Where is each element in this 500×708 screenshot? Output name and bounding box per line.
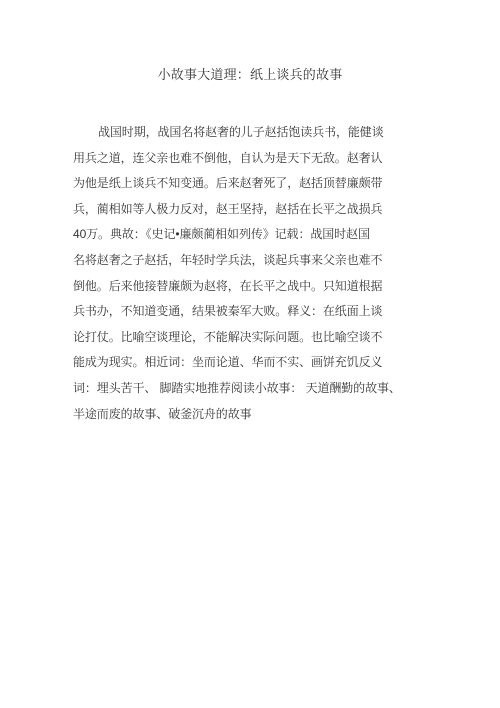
story-paragraph: 战国时期，战国名将赵奢的儿子赵括饱读兵书，能健谈 用兵之道，连父亲也难不倒他，自… [73,120,403,427]
paragraph-line: 用兵之道，连父亲也难不倒他，自认为是天下无敌。赵奢认 [73,146,403,172]
document-page: 小故事大道理：纸上谈兵的故事 战国时期，战国名将赵奢的儿子赵括饱读兵书，能健谈 … [0,0,500,708]
document-title: 小故事大道理：纸上谈兵的故事 [0,66,500,83]
paragraph-line: 40万。典故：《史记•廉颇蔺相如列传》记载：战国时赵国 [73,222,403,248]
paragraph-line: 名将赵奢之子赵括，年轻时学兵法，谈起兵事来父亲也难不 [73,248,403,274]
paragraph-line: 倒他。后来他接替廉颇为赵将，在长平之战中。只知道根据 [73,274,403,300]
paragraph-line: 论打仗。比喻空谈理论，不能解决实际问题。也比喻空谈不 [73,325,403,351]
paragraph-line: 能成为现实。相近词：坐而论道、华而不实、画饼充饥反义 [73,350,403,376]
paragraph-line: 词：埋头苦干、 脚踏实地推荐阅读小故事： 天道酬勤的故事、 [73,376,403,402]
paragraph-line: 战国时期，战国名将赵奢的儿子赵括饱读兵书，能健谈 [73,120,403,146]
paragraph-line: 兵书办，不知道变通，结果被秦军大败。释义：在纸面上谈 [73,299,403,325]
paragraph-line: 半途而废的故事、破釜沉舟的故事 [73,402,403,428]
paragraph-line: 为他是纸上谈兵不知变通。后来赵奢死了，赵括顶替廉颇带 [73,171,403,197]
paragraph-line: 兵，蔺相如等人极力反对，赵王坚持，赵括在长平之战损兵 [73,197,403,223]
